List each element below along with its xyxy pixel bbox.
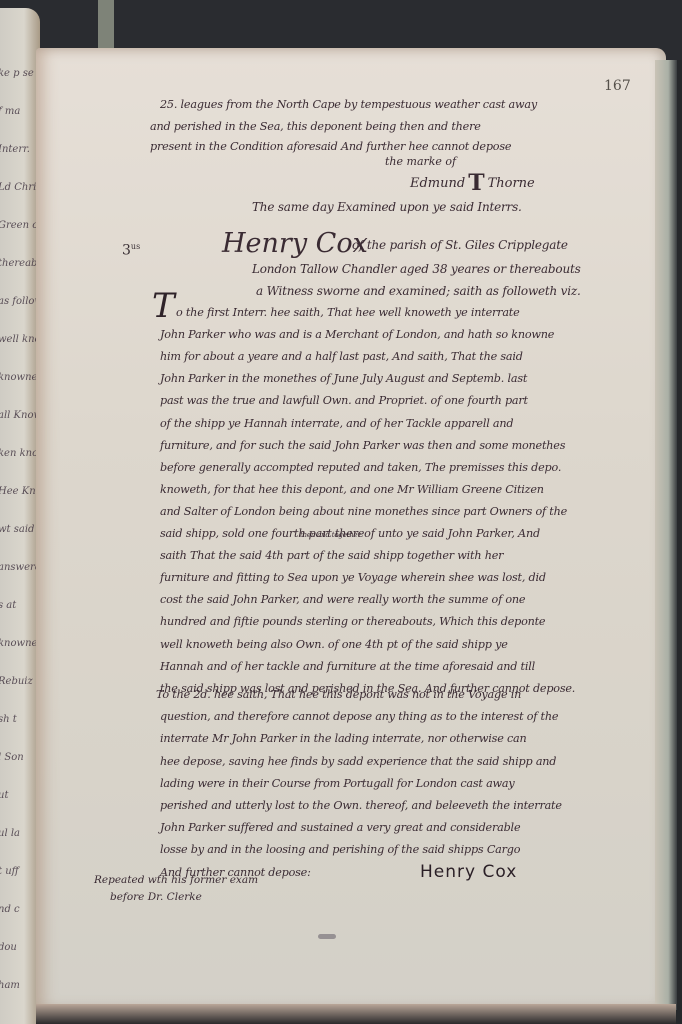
answer-1-line: o the first Interr. hee saith, That hee …: [176, 306, 520, 319]
left-page-text-fragment: knowne: [0, 372, 37, 383]
left-page-text-fragment: as follow: [0, 296, 40, 307]
ink-smudge: [318, 934, 336, 939]
margin-note-line-1: Repeated wth his former exam: [94, 874, 258, 886]
prior-deponent-signature: EdmundTThorne: [410, 170, 535, 196]
left-page-text-fragment: nd c: [0, 904, 20, 915]
left-page-text-fragment: s at: [0, 600, 16, 611]
answer-1-line: knoweth, for that hee this depont, and o…: [160, 483, 544, 496]
answer-1-line: him for about a yeare and a half last pa…: [160, 350, 523, 363]
answer-2-line: losse by and in the loosing and perishin…: [160, 843, 520, 856]
left-page-text-fragment: Ld Chris: [0, 182, 40, 193]
answer-2-line: To the 2d. hee saith, That hee this depo…: [156, 688, 521, 701]
deponent-signature: Henry Cox: [420, 862, 517, 882]
answer-1-line: and Salter of London being about nine mo…: [160, 505, 567, 518]
page-bottom-edge: [36, 1004, 676, 1024]
answer-1-line: hundred and fiftie pounds sterling or th…: [160, 615, 545, 628]
left-page-text-fragment: ke p se: [0, 68, 34, 79]
left-facing-page: ke p sef maInterr.Ld ChrisGreen oftherea…: [0, 8, 40, 1024]
answer-2-line: question, and therefore cannot depose an…: [160, 710, 558, 723]
folio-number: 167: [604, 78, 631, 94]
answer-2-line: interrate Mr John Parker in the lading i…: [160, 732, 527, 745]
answer-1-line: John Parker who was and is a Merchant of…: [160, 328, 554, 341]
continuation-line-1: 25. leagues from the North Cape by tempe…: [160, 98, 537, 111]
left-page-text-fragment: ut: [0, 790, 8, 801]
answer-1-line: John Parker in the monethes of June July…: [160, 372, 527, 385]
left-page-text-fragment: all Knowe: [0, 410, 40, 421]
left-page-text-fragment: wt said: [0, 524, 34, 535]
deponent-description-1: of the parish of St. Giles Cripplegate: [352, 238, 568, 252]
answer-2-line: lading were in their Course from Portuga…: [160, 777, 515, 790]
left-page-text-fragment: f ma: [0, 106, 20, 117]
continuation-line-2: and perished in the Sea, this deponent b…: [150, 120, 481, 133]
left-page-text-fragment: ul la: [0, 828, 20, 839]
left-page-text-fragment: answere of: [0, 562, 40, 573]
left-page-text-fragment: Rebuiz: [0, 676, 33, 687]
answer-1-line: cost the said John Parker, and were real…: [160, 593, 525, 606]
left-page-text-fragment: well knowe: [0, 334, 40, 345]
interlineation: then and together: [300, 531, 361, 539]
left-page-text-fragment: t uff: [0, 866, 19, 877]
left-page-text-fragment: l Son: [0, 752, 24, 763]
signature-mark-note: the marke of: [385, 155, 456, 168]
answer-1-line: saith That the said 4th part of the said…: [160, 549, 503, 562]
left-page-text-fragment: thereabout: [0, 258, 40, 269]
page-stack-edge: [655, 60, 677, 1010]
left-page-text-fragment: sh t: [0, 714, 17, 725]
left-page-text-fragment: knowne: [0, 638, 37, 649]
continuation-line-3: present in the Condition aforesaid And f…: [150, 140, 511, 153]
deponent-description-2: London Tallow Chandler aged 38 yeares or…: [252, 262, 581, 276]
left-page-text-fragment: ken known: [0, 448, 40, 459]
examination-heading: The same day Examined upon ye said Inter…: [252, 200, 522, 214]
deposition-margin-number: 3us: [122, 242, 140, 259]
left-page-text-fragment: dou: [0, 942, 17, 953]
answer-1-line: furniture, and for such the said John Pa…: [160, 439, 565, 452]
answer-1-line: past was the true and lawfull Own. and P…: [160, 394, 528, 407]
deponent-description-3: a Witness sworne and examined; saith as …: [256, 284, 581, 298]
answer-2-line: John Parker suffered and sustained a ver…: [160, 821, 520, 834]
answer-1-dropcap: T: [152, 286, 175, 326]
left-page-text-fragment: Hee Kno: [0, 486, 40, 497]
answer-2-line: perished and utterly lost to the Own. th…: [160, 799, 562, 812]
left-page-text-fragment: Interr.: [0, 144, 30, 155]
answer-1-line: well knoweth being also Own. of one 4th …: [160, 638, 508, 651]
answer-2-line: hee depose, saving hee finds by sadd exp…: [160, 755, 556, 768]
answer-1-line: furniture and fitting to Sea upon ye Voy…: [160, 571, 546, 584]
answer-1-line: of the shipp ye Hannah interrate, and of…: [160, 417, 513, 430]
left-page-text-fragment: ham: [0, 980, 20, 991]
bookmark-ribbon: [98, 0, 114, 50]
deponent-name: Henry Cox: [222, 228, 368, 259]
answer-1-line: Hannah and of her tackle and furniture a…: [160, 660, 535, 673]
answer-1-line: before generally accompted reputed and t…: [160, 461, 561, 474]
margin-note-line-2: before Dr. Clerke: [110, 891, 202, 903]
left-page-text-fragment: Green of: [0, 220, 40, 231]
